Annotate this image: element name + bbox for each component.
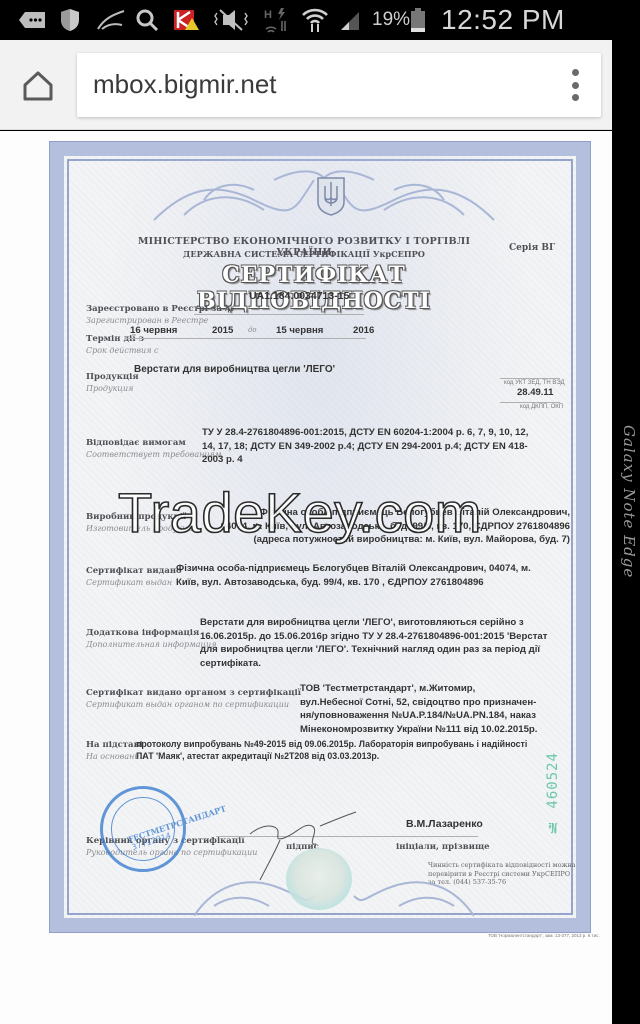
home-button[interactable] — [20, 68, 56, 104]
manufacturer-value: Фізична особа-підприємець Бєлогубцев Віт… — [200, 506, 570, 547]
additional-info-label-ru: Дополнительная информация — [86, 640, 217, 649]
battery-icon — [410, 8, 426, 32]
manufacturer-label: Виробник продукції — [86, 512, 186, 522]
valid-to-year: 2016 — [353, 324, 374, 338]
message-icon — [18, 8, 48, 32]
address-bar[interactable]: mbox.bigmir.net — [77, 53, 601, 117]
issued-to-label: Сертифікат видано — [86, 566, 182, 576]
svg-text:H: H — [264, 9, 272, 21]
h-plus-data-icon: H — [262, 8, 292, 32]
kaspersky-warning-icon — [174, 8, 200, 32]
device-edge-label: Galaxy Note Edge — [614, 425, 638, 615]
mute-vibrate-icon — [214, 8, 248, 32]
requirements-label: Відповідає вимогам — [86, 438, 186, 448]
print-note: ТОВ 'Нормалентстандарт', зам. 13-377, 20… — [488, 933, 600, 938]
valid-to-date: 15 червня — [276, 324, 323, 338]
search-icon — [134, 8, 160, 32]
issuing-body-label: Сертифікат видано органом з сертифікації — [86, 688, 301, 698]
url-text[interactable]: mbox.bigmir.net — [93, 69, 277, 100]
certificate-number: UA1.184.0034713-15 — [249, 290, 349, 302]
additional-info-label: Додаткова інформація — [86, 628, 199, 638]
product-label-ru: Продукция — [86, 384, 133, 393]
validity-label-ru: Срок действия с — [86, 346, 159, 355]
issued-to-label-ru: Сертификат выдан — [86, 578, 172, 587]
battery-percent: 19% — [372, 9, 410, 31]
product-label: Продукція — [86, 372, 139, 382]
certification-system: ДЕРЖАВНА СИСТЕМА СЕРТИФІКАЦІЇ УкрСЕПРО — [134, 249, 474, 259]
to-word: до — [248, 326, 257, 334]
stamp-icon: ТЕСТМЕТРСТАНДАРТ 37712014 — [100, 786, 186, 872]
registered-label: Зареєстровано в Реєстрі за № — [86, 304, 234, 314]
hologram-icon — [286, 848, 352, 910]
valid-from-year: 2015 — [212, 324, 233, 338]
blank-number: № 460524 — [545, 752, 561, 835]
browser-toolbar: mbox.bigmir.net — [0, 40, 612, 130]
head-name: В.М.Лазаренко — [406, 818, 483, 830]
code-label-dkpp: код ДКПП, ОКП — [520, 404, 563, 410]
issuing-body-label-ru: Сертификат выдан органом по сертификации — [86, 700, 289, 709]
code-label-uktzed: код УКТ ЗЕД, ТН ВЭД — [504, 380, 565, 386]
status-bar: H 19% 12:52 PM — [0, 0, 640, 40]
basis-value: протоколу випробувань №49-2015 від 09.06… — [136, 738, 576, 762]
clock: 12:52 PM — [441, 4, 565, 36]
basis-label: На підставі — [86, 740, 143, 750]
shield-icon — [58, 8, 82, 32]
home-icon — [20, 68, 56, 104]
swoosh-icon — [96, 8, 126, 32]
wifi-icon — [300, 8, 330, 32]
coat-of-arms-icon — [316, 176, 346, 216]
signal-icon — [338, 8, 362, 32]
issued-to-value: Фізична особа-підприємець Бєлогубцев Віт… — [176, 562, 576, 589]
product-code: 28.49.11 — [517, 387, 553, 398]
additional-info-value: Верстати для виробництва цегли 'ЛЕГО', в… — [200, 616, 580, 670]
issuing-body-value: ТОВ 'Тестметрстандарт', м.Житомир, вул.Н… — [300, 682, 580, 736]
validity-label: Термін дії з — [86, 334, 144, 344]
initials-label: ініціали, прізвище — [396, 842, 490, 852]
overflow-menu-icon[interactable] — [567, 69, 583, 101]
series: Серія ВГ — [509, 243, 555, 253]
product-value: Верстати для виробництва цегли 'ЛЕГО' — [134, 364, 335, 375]
manufacturer-label-ru: Изготовитель продукции — [86, 524, 198, 533]
requirements-value: ТУ У 28.4-2761804896-001:2015, ДСТУ EN 6… — [202, 426, 562, 467]
